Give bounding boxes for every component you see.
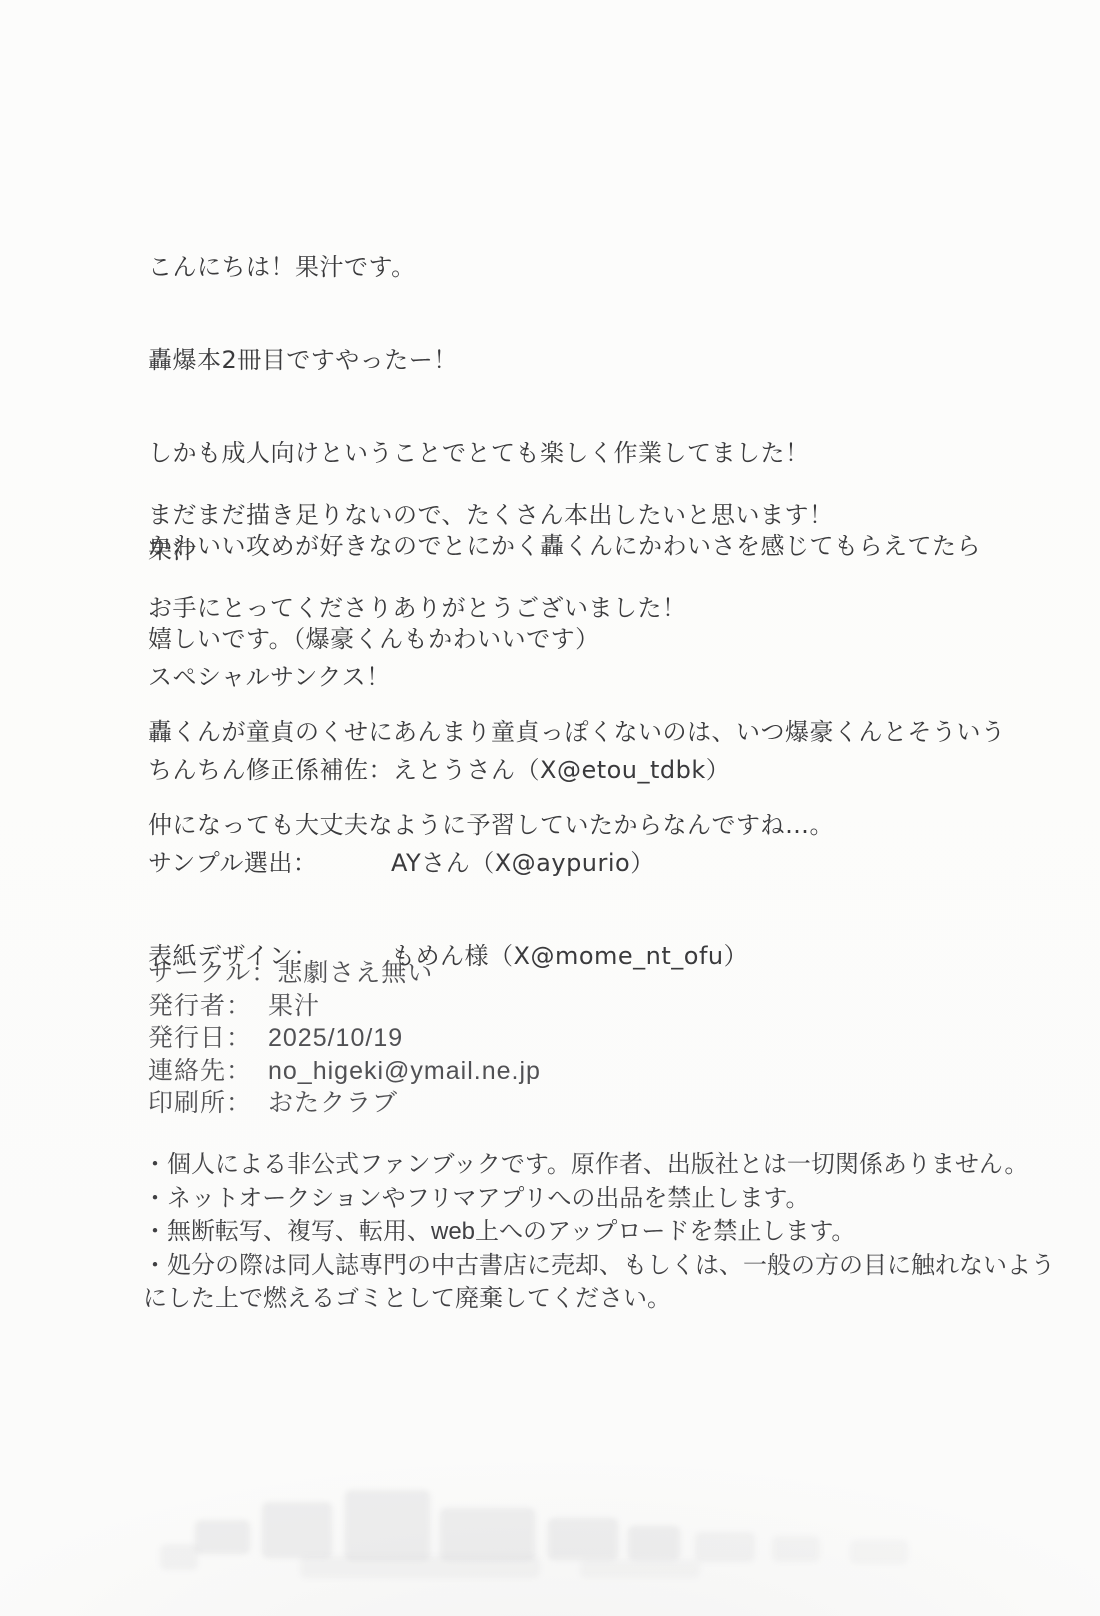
colophon-label: 発行日：: [148, 1022, 268, 1055]
colophon-label: 発行者：: [148, 990, 268, 1023]
colophon-value: 2025/10/19: [268, 1022, 403, 1055]
colophon-row: 印刷所： おたクラブ: [148, 1087, 541, 1120]
special-thanks-entry: サンプル選出： AYさん（X@aypurio）: [148, 848, 748, 879]
afterword-line: 轟爆本2冊目ですやったー！: [148, 345, 1006, 376]
special-thanks-title: スペシャルサンクス！: [148, 662, 748, 693]
colophon-label: 連絡先：: [148, 1055, 268, 1088]
colophon-row: サークル： 悲劇さえ無い: [148, 957, 541, 990]
special-thanks-role: サンプル選出：: [148, 848, 391, 879]
disclaimer-line: ・処分の際は同人誌専門の中古書店に売却、もしくは、一般の方の目に触れないよう: [143, 1249, 1053, 1283]
page-showthrough-ghost: [0, 1460, 1100, 1616]
colophon-label: 印刷所：: [148, 1087, 268, 1120]
colophon-value: 果汁: [268, 990, 320, 1023]
disclaimer-line: ・ネットオークションやフリマアプリへの出品を禁止します。: [143, 1182, 1053, 1216]
author-signature: 果汁: [148, 535, 197, 566]
colophon-row: 発行日： 2025/10/19: [148, 1022, 541, 1055]
colophon-row: 発行者： 果汁: [148, 990, 541, 1023]
special-thanks-name: AYさん（X@aypurio）: [391, 848, 655, 879]
colophon-block: サークル： 悲劇さえ無い 発行者： 果汁 発行日： 2025/10/19 連絡先…: [148, 957, 541, 1120]
afterword-line: まだまだ描き足りないので、たくさん本出したいと思います！: [148, 500, 834, 531]
disclaimer-line: ・個人による非公式ファンブックです。原作者、出版社とは一切関係ありません。: [143, 1148, 1053, 1182]
special-thanks-name: えとうさん（X@etou_tdbk）: [393, 755, 730, 786]
colophon-value: おたクラブ: [268, 1087, 398, 1120]
special-thanks-entry: ちんちん修正係補佐： えとうさん（X@etou_tdbk）: [148, 755, 748, 786]
disclaimer-line: ・無断転写、複写、転用、web上へのアップロードを禁止します。: [143, 1215, 1053, 1249]
colophon-row: 連絡先： no_higeki@ymail.ne.jp: [148, 1055, 541, 1088]
colophon-value: 悲劇さえ無い: [277, 957, 433, 990]
afterword-page: こんにちは！果汁です。 轟爆本2冊目ですやったー！ しかも成人向けということでと…: [0, 0, 1100, 1616]
disclaimer-block: ・個人による非公式ファンブックです。原作者、出版社とは一切関係ありません。 ・ネ…: [143, 1148, 1053, 1316]
colophon-contact-email: no_higeki@ymail.ne.jp: [268, 1055, 541, 1088]
disclaimer-line: にした上で燃えるゴミとして廃棄してください。: [143, 1282, 1053, 1316]
special-thanks-role: ちんちん修正係補佐：: [148, 755, 393, 786]
colophon-label: サークル：: [148, 957, 277, 990]
afterword-line: こんにちは！果汁です。: [148, 252, 1006, 283]
